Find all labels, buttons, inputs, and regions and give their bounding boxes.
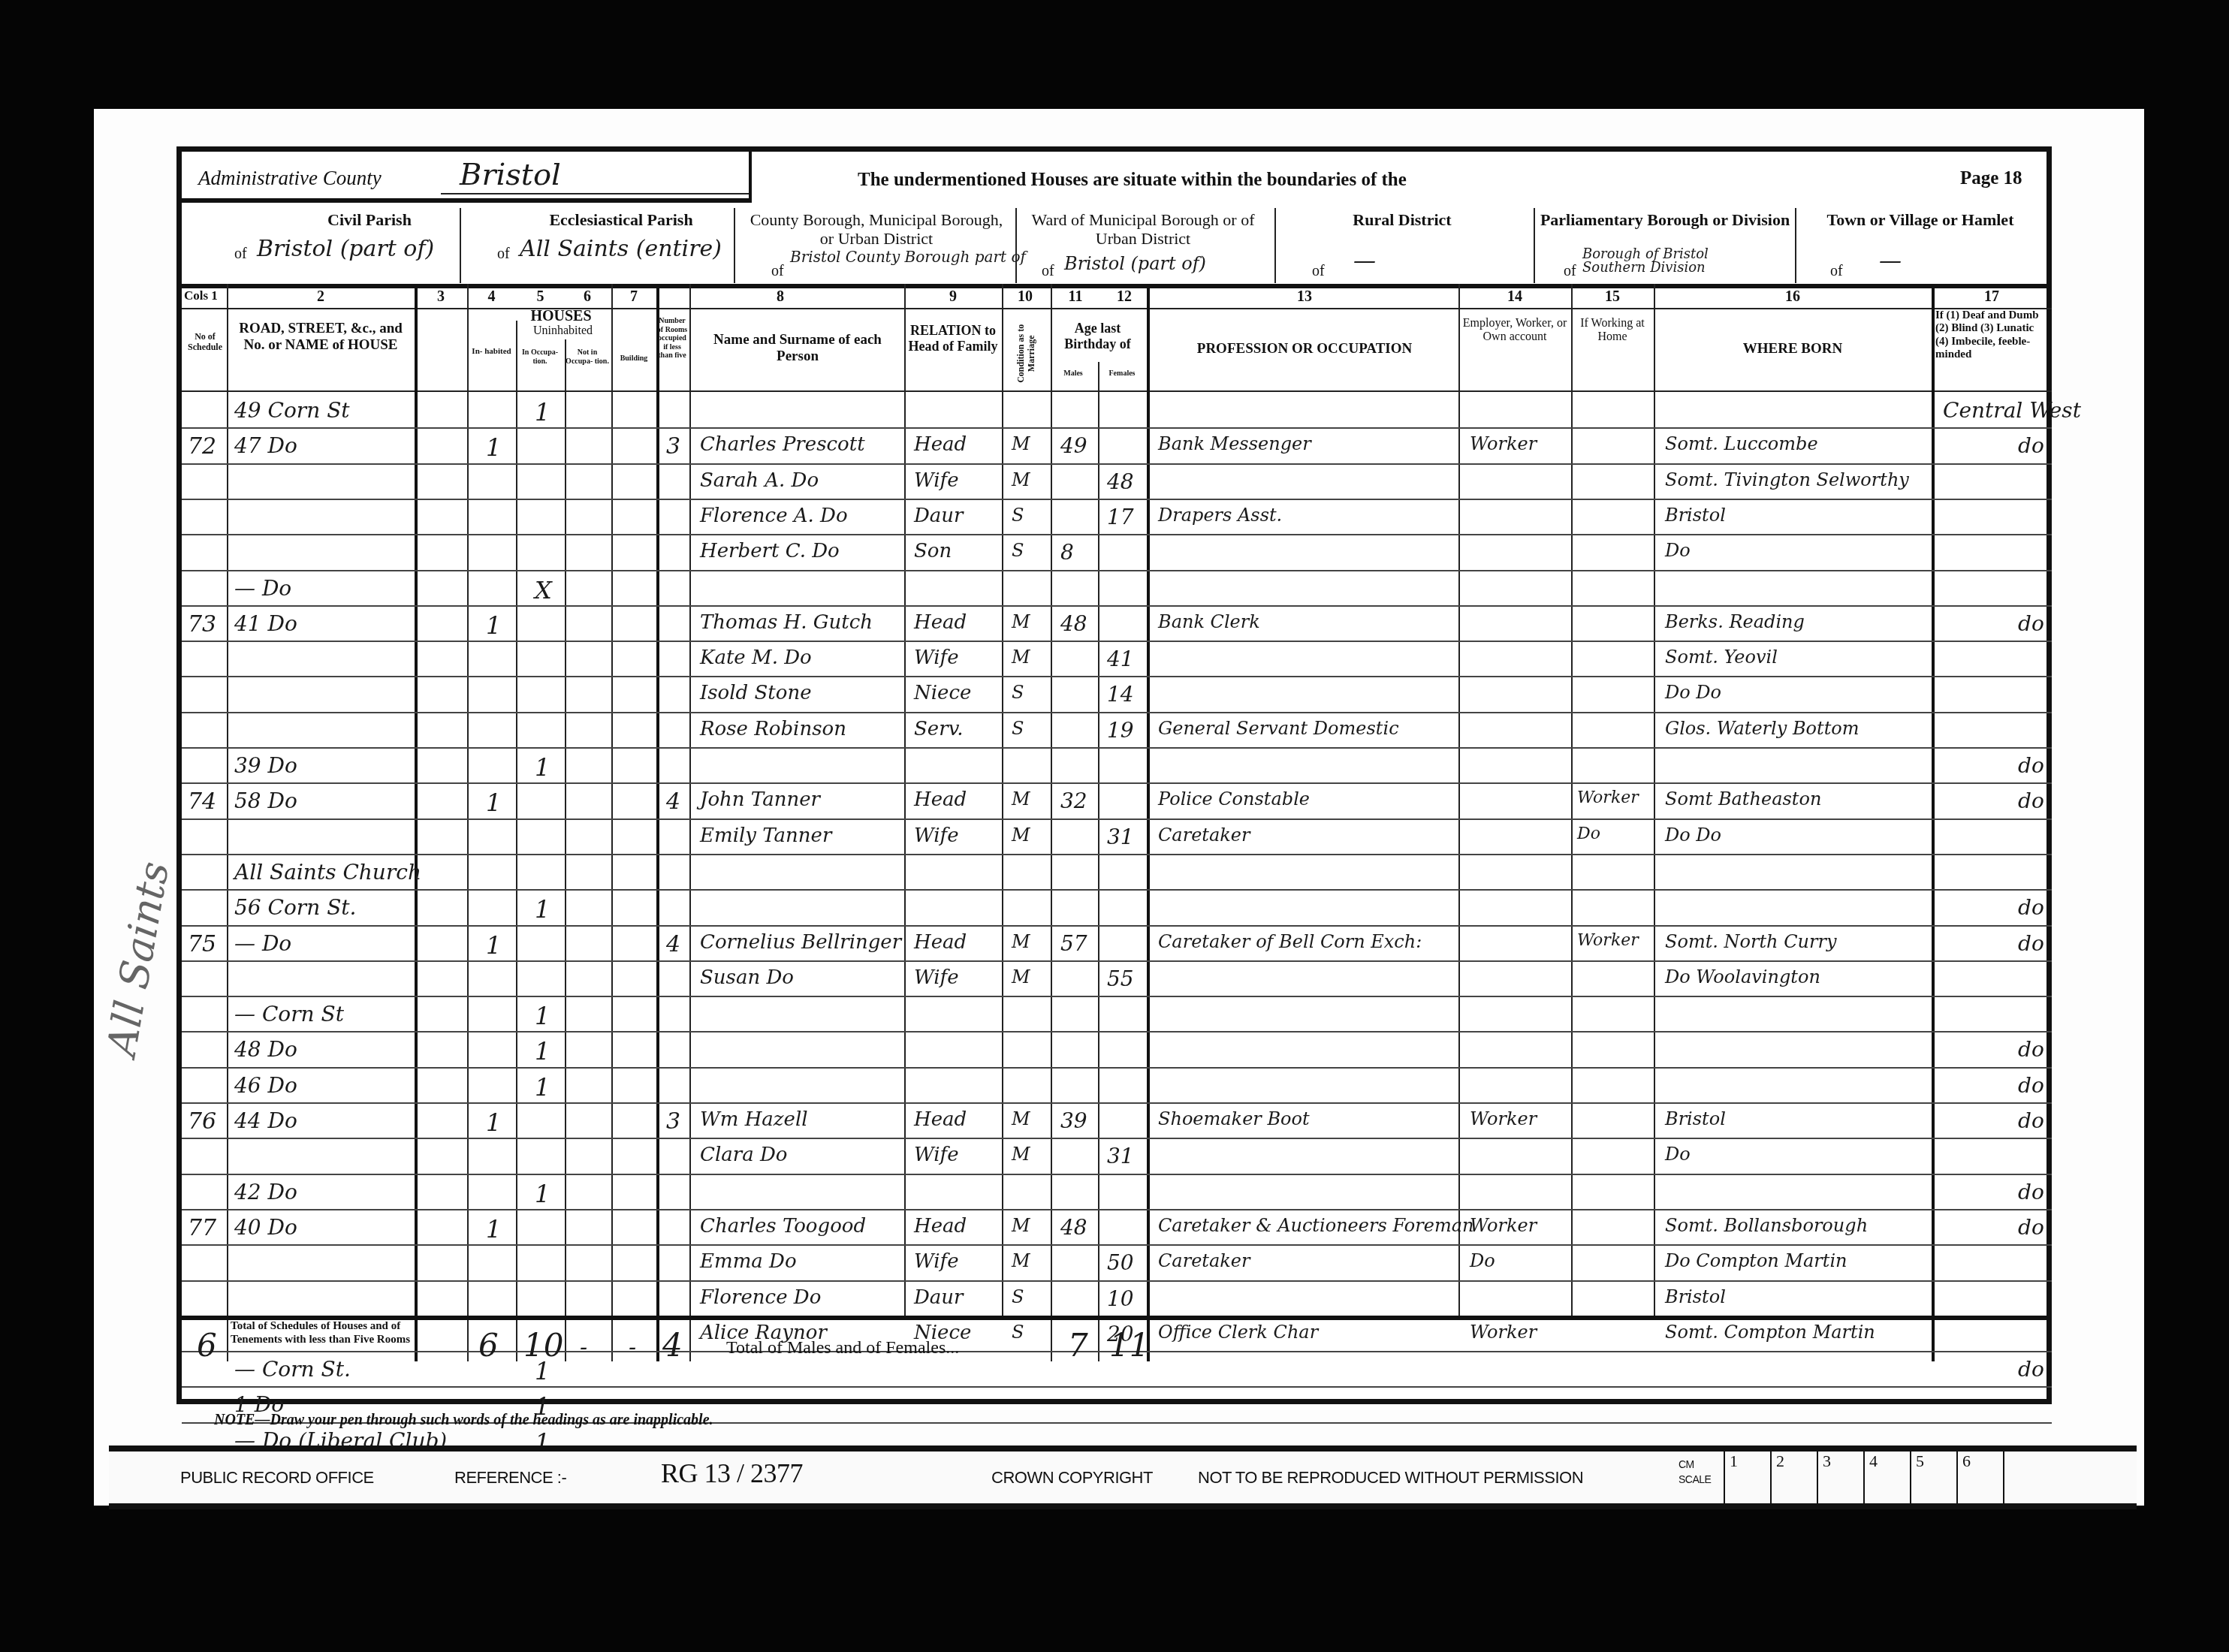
row-rooms: 3: [666, 433, 680, 460]
row-divider: [182, 534, 2052, 535]
row-occupation: Caretaker: [1158, 824, 1250, 846]
row-relation: Wife: [914, 647, 959, 669]
totals-label: Total of Schedules of Houses and of Tene…: [231, 1319, 411, 1346]
county-borough-label: County Borough, Municipal Borough, or Ur…: [741, 210, 1012, 249]
row-born: Somt Batheaston: [1665, 788, 1821, 809]
row-male-age: 8: [1060, 540, 1074, 565]
row-born: Somt. North Curry: [1665, 931, 1837, 952]
scale-mark: 3: [1817, 1452, 1863, 1504]
parliamentary-borough-value: Borough of Bristol Southern Division: [1582, 248, 1770, 275]
row-name: Wm Hazell: [700, 1108, 808, 1131]
row-name: Emily Tanner: [700, 824, 831, 847]
row-name: Susan Do: [700, 966, 794, 989]
row-relation: Head: [914, 1215, 967, 1237]
row-born: Somt. Yeovil: [1665, 647, 1778, 668]
row-relation: Niece: [914, 682, 971, 704]
row-address: — Do: [234, 931, 291, 956]
row-occupation: Shoemaker Boot: [1158, 1108, 1310, 1129]
row-schedule: 75: [188, 931, 216, 957]
row-divider: [182, 818, 2052, 820]
row-born: Bristol: [1665, 1108, 1726, 1129]
row-relation: Wife: [914, 1250, 959, 1273]
row-condition: S: [1012, 1322, 1024, 1343]
row-relation: Head: [914, 1108, 967, 1131]
row-address: — Do: [234, 576, 291, 601]
row-address: 40 Do: [234, 1215, 297, 1240]
row-name: Herbert C. Do: [700, 540, 840, 562]
col-number: 5: [516, 288, 565, 306]
row-schedule: 76: [188, 1108, 216, 1135]
row-female-age: 31: [1107, 1144, 1134, 1168]
row-born: Bristol: [1665, 1286, 1726, 1307]
row-unocc: 1: [535, 1073, 550, 1102]
row-male-age: 48: [1060, 611, 1087, 636]
row-relation: Daur: [914, 505, 964, 527]
row-occupation: Caretaker & Auctioneers Foreman: [1158, 1215, 1473, 1236]
row-divider: [182, 1102, 2052, 1104]
row-occupation: Caretaker of Bell Corn Exch:: [1158, 931, 1422, 952]
row-born: Somt. Luccombe: [1665, 433, 1818, 454]
row-condition: M: [1012, 788, 1030, 809]
row-female-age: 41: [1107, 647, 1134, 671]
row-born: Glos. Waterly Bottom: [1665, 718, 1860, 739]
row-address: 56 Corn St.: [234, 895, 356, 920]
row-divider: [182, 1174, 2052, 1175]
ward-label: Ward of Municipal Borough or of Urban Di…: [1019, 210, 1267, 249]
town-village-label: Town or Village or Hamlet: [1796, 210, 2044, 229]
scale-mark: 1: [1724, 1452, 1770, 1504]
row-condition: S: [1012, 1286, 1024, 1307]
row-home: Do: [1577, 824, 1600, 843]
col6-header: Building: [611, 354, 656, 363]
col15-header: If Working at Home: [1575, 317, 1650, 345]
scale-mark: 5: [1910, 1452, 1956, 1504]
page-number: Page 18: [1960, 168, 2022, 190]
row-divider: [182, 782, 2052, 784]
row-rooms: 3: [666, 1108, 680, 1135]
ward-value: Bristol (part of): [1064, 253, 1206, 274]
row-female-age: 19: [1107, 718, 1134, 743]
row-male-age: 49: [1060, 433, 1087, 458]
row-infirmity: Central West: [1943, 398, 2081, 423]
row-divider: [182, 1067, 2052, 1069]
col3-header: In- habited: [467, 347, 516, 357]
row-relation: Wife: [914, 1144, 959, 1166]
row-address: — Corn St: [234, 1002, 344, 1026]
footer-permission: NOT TO BE REPRODUCED WITHOUT PERMISSION: [1198, 1468, 1583, 1488]
row-condition: S: [1012, 682, 1024, 703]
row-name: Sarah A. Do: [700, 469, 819, 492]
row-born: Do Do: [1665, 682, 1721, 703]
parliamentary-borough-label: Parliamentary Borough or Division: [1537, 210, 1793, 229]
row-relation: Wife: [914, 966, 959, 989]
row-divider: [182, 1244, 2052, 1246]
row-condition: S: [1012, 505, 1024, 526]
col-number: 11: [1053, 288, 1098, 306]
houses-header: HOUSES: [467, 308, 655, 325]
row-divider: [182, 1280, 2052, 1282]
row-unocc: 1: [535, 895, 550, 924]
total-females: 11: [1109, 1327, 1149, 1364]
col2-header: ROAD, STREET, &c., and No. or NAME of HO…: [231, 321, 411, 354]
scale-mark: 6: [1956, 1452, 2003, 1504]
row-employment: Worker: [1470, 1215, 1537, 1236]
col1-header: No of Schedule: [183, 332, 227, 353]
footer-scale-label: CM SCALE: [1679, 1458, 1709, 1487]
total-building: -: [629, 1334, 636, 1361]
row-relation: Head: [914, 433, 967, 456]
footer-reference-label: REFERENCE :-: [454, 1468, 566, 1488]
row-address: 46 Do: [234, 1073, 297, 1098]
row-relation: Serv.: [914, 718, 964, 740]
row-divider: [182, 996, 2052, 997]
col14-header: Employer, Worker, or Own account: [1458, 317, 1571, 345]
row-inhab: 1: [486, 611, 501, 640]
col9-header: RELATION to Head of Family: [904, 323, 1002, 354]
row-name: Isold Stone: [700, 682, 812, 704]
row-unocc: X: [535, 576, 552, 604]
row-born: Do Woolavington: [1665, 966, 1820, 987]
row-name: John Tanner: [700, 788, 820, 811]
intro-text: The undermentioned Houses are situate wi…: [858, 170, 1407, 191]
col7-header: Number of Rooms occupied if less than fi…: [656, 317, 688, 360]
row-address: 44 Do: [234, 1108, 297, 1133]
row-divider: [182, 889, 2052, 891]
row-divider: [182, 1031, 2052, 1032]
row-occupation: General Servant Domestic: [1158, 718, 1399, 739]
row-employment: Do: [1470, 1250, 1495, 1271]
row-name: Charles Toogood: [700, 1215, 866, 1237]
row-name: Cornelius Bellringer: [700, 931, 901, 954]
col-number: 15: [1571, 288, 1654, 306]
row-divider: [182, 463, 2052, 465]
row-relation: Wife: [914, 824, 959, 847]
row-condition: M: [1012, 931, 1030, 952]
row-born: Somt. Bollansborough: [1665, 1215, 1868, 1236]
ecclesiastical-parish-label: Ecclesiastical Parish: [505, 210, 737, 229]
total-schedules: 6: [197, 1327, 217, 1364]
row-occupation: Bank Clerk: [1158, 611, 1260, 632]
row-female-age: 31: [1107, 824, 1134, 849]
row-divider: [182, 427, 2052, 429]
scale-mark-end: [2003, 1452, 2050, 1504]
ecclesiastical-parish-value: All Saints (entire): [520, 236, 722, 262]
row-born: Do Compton Martin: [1665, 1250, 1847, 1271]
row-relation: Head: [914, 611, 967, 634]
row-home: Worker: [1577, 931, 1639, 950]
col12-header: Females: [1099, 369, 1145, 378]
row-divider: [182, 605, 2052, 607]
col-number: 10: [1002, 288, 1048, 306]
row-male-age: 48: [1060, 1215, 1087, 1240]
col-number: 4: [467, 288, 516, 306]
admin-county-value: Bristol: [460, 158, 561, 192]
row-occupation: Bank Messenger: [1158, 433, 1311, 454]
row-condition: M: [1012, 433, 1030, 454]
footer-strip: PUBLIC RECORD OFFICE REFERENCE :- RG 13 …: [109, 1445, 2137, 1509]
row-name: Emma Do: [700, 1250, 797, 1273]
col-number: 12: [1102, 288, 1147, 306]
row-infirmity: do: [2018, 1357, 2044, 1382]
county-borough-value: Bristol County Borough part of: [790, 248, 1026, 266]
row-condition: S: [1012, 718, 1024, 739]
row-condition: M: [1012, 1215, 1030, 1236]
row-inhab: 1: [486, 788, 501, 817]
row-divider: [182, 960, 2052, 962]
row-born: Berks. Reading: [1665, 611, 1805, 632]
row-rooms: 4: [666, 931, 680, 957]
age-header: Age last Birthday of: [1051, 321, 1145, 351]
row-born: Do Do: [1665, 824, 1721, 846]
row-name: Florence A. Do: [700, 505, 848, 527]
row-infirmity: do: [2018, 895, 2044, 920]
row-name: Rose Robinson: [700, 718, 846, 740]
col-number: 8: [656, 288, 904, 306]
row-infirmity: do: [2018, 788, 2044, 813]
row-male-age: 57: [1060, 931, 1087, 956]
row-divider: [182, 676, 2052, 677]
row-employment: Worker: [1470, 1108, 1537, 1129]
civil-parish-value: Bristol (part of): [257, 236, 434, 262]
row-occupation: Police Constable: [1158, 788, 1310, 809]
row-born: Do: [1665, 1144, 1691, 1165]
row-unocc: 1: [535, 1037, 550, 1066]
row-condition: M: [1012, 647, 1030, 668]
row-female-age: 48: [1107, 469, 1134, 494]
col-number: 14: [1458, 288, 1571, 306]
row-infirmity: do: [2018, 1037, 2044, 1062]
footer-copyright: CROWN COPYRIGHT: [991, 1468, 1153, 1488]
row-address: — Corn St.: [234, 1357, 351, 1382]
row-name: Florence Do: [700, 1286, 821, 1309]
scale-mark: 2: [1770, 1452, 1817, 1504]
col13-header: PROFESSION OR OCCUPATION: [1151, 341, 1458, 357]
col-number: 13: [1151, 288, 1458, 306]
row-divider: [182, 747, 2052, 749]
row-schedule: 74: [188, 788, 216, 815]
row-condition: M: [1012, 966, 1030, 987]
row-born: Somt. Compton Martin: [1665, 1322, 1875, 1343]
row-born: Do: [1665, 540, 1691, 561]
row-employment: Worker: [1470, 433, 1537, 454]
row-address: 39 Do: [234, 753, 297, 778]
total-rooms: 4: [662, 1327, 683, 1364]
total-mf-label: Total of Males and of Females...: [726, 1338, 959, 1358]
row-inhab: 1: [486, 931, 501, 960]
row-schedule: 72: [188, 433, 216, 460]
row-divider: [182, 641, 2052, 642]
row-male-age: 32: [1060, 788, 1087, 813]
form-note: NOTE—Draw your pen through such words of…: [214, 1412, 713, 1429]
row-infirmity: do: [2018, 931, 2044, 956]
footer-reference-value: RG 13 / 2377: [661, 1458, 803, 1489]
row-address: 49 Corn St: [234, 398, 350, 423]
row-unocc: 1: [535, 753, 550, 782]
admin-county-label: Administrative County: [198, 167, 382, 190]
row-unocc: 1: [535, 1180, 550, 1208]
civil-parish-label: Civil Parish: [272, 210, 467, 229]
row-inhab: 1: [486, 1215, 501, 1244]
total-males: 7: [1068, 1327, 1088, 1364]
col5-header: Not in Occupa- tion.: [565, 348, 610, 366]
row-rooms: 4: [666, 788, 680, 815]
row-female-age: 10: [1107, 1286, 1134, 1311]
row-male-age: 39: [1060, 1108, 1087, 1133]
row-relation: Wife: [914, 469, 959, 492]
row-divider: [182, 925, 2052, 927]
row-condition: M: [1012, 469, 1030, 490]
row-name: Kate M. Do: [700, 647, 812, 669]
col4-header: In Occupa- tion.: [517, 348, 563, 366]
col-number: 16: [1654, 288, 1932, 306]
row-inhab: 1: [486, 433, 501, 462]
row-divider: [182, 570, 2052, 571]
row-condition: M: [1012, 1144, 1030, 1165]
row-address: 42 Do: [234, 1180, 297, 1204]
row-divider: [182, 854, 2052, 855]
row-born: Somt. Tivington Selworthy: [1665, 469, 1909, 490]
row-address: 48 Do: [234, 1037, 297, 1062]
col-number: 7: [611, 288, 656, 306]
row-condition: S: [1012, 540, 1024, 561]
col17-header: If (1) Deaf and Dumb (2) Blind (3) Lunat…: [1935, 309, 2048, 361]
col-number: 9: [904, 288, 1002, 306]
row-name: Thomas H. Gutch: [700, 611, 873, 634]
row-employment: Worker: [1470, 1322, 1537, 1343]
row-schedule: 77: [188, 1215, 216, 1241]
row-female-age: 17: [1107, 505, 1134, 529]
row-infirmity: do: [2018, 1180, 2044, 1204]
col-number: 6: [565, 288, 610, 306]
col8-header: Name and Surname of each Person: [692, 332, 903, 365]
row-schedule: 73: [188, 611, 216, 638]
rural-district-value: —: [1353, 248, 1376, 274]
col-number: 17: [1932, 288, 2052, 306]
row-relation: Son: [914, 540, 952, 562]
row-name: Charles Prescott: [700, 433, 865, 456]
footer-office: PUBLIC RECORD OFFICE: [180, 1468, 374, 1488]
row-address: All Saints Church: [234, 860, 421, 885]
uninhabited-header: Uninhabited: [516, 324, 610, 338]
total-not-in-occupation: -: [580, 1334, 587, 1361]
census-form: Administrative County Bristol The underm…: [176, 146, 2052, 1404]
row-infirmity: do: [2018, 1215, 2044, 1240]
rural-district-label: Rural District: [1278, 210, 1526, 229]
row-occupation: Office Clerk Char: [1158, 1322, 1318, 1343]
row-infirmity: do: [2018, 433, 2044, 458]
total-inhabited: 6: [478, 1327, 499, 1364]
row-divider: [182, 1138, 2052, 1139]
row-occupation: Caretaker: [1158, 1250, 1250, 1271]
row-unocc: 1: [535, 398, 550, 427]
row-unocc: 1: [535, 1002, 550, 1030]
col-number: 3: [415, 288, 467, 306]
col-number: 2: [227, 288, 415, 306]
cols-label: Cols 1: [184, 288, 218, 303]
row-address: 58 Do: [234, 788, 297, 813]
row-born: Bristol: [1665, 505, 1726, 526]
row-infirmity: do: [2018, 1073, 2044, 1098]
scale-mark: 4: [1863, 1452, 1910, 1504]
row-condition: M: [1012, 1108, 1030, 1129]
row-condition: M: [1012, 824, 1030, 846]
col11-header: Males: [1051, 369, 1096, 378]
row-relation: Head: [914, 788, 967, 811]
row-home: Worker: [1577, 788, 1639, 807]
row-infirmity: do: [2018, 611, 2044, 636]
total-uninhabited: 10: [523, 1327, 563, 1364]
row-relation: Head: [914, 931, 967, 954]
row-female-age: 50: [1107, 1250, 1134, 1275]
row-condition: M: [1012, 1250, 1030, 1271]
row-female-age: 14: [1107, 682, 1134, 707]
row-address: 41 Do: [234, 611, 297, 636]
row-infirmity: do: [2018, 1108, 2044, 1133]
row-condition: M: [1012, 611, 1030, 632]
row-infirmity: do: [2018, 753, 2044, 778]
col16-header: WHERE BORN: [1654, 341, 1932, 357]
row-relation: Daur: [914, 1286, 964, 1309]
row-address: 47 Do: [234, 433, 297, 458]
row-divider: [182, 1386, 2052, 1388]
row-divider: [182, 712, 2052, 713]
row-name: Clara Do: [700, 1144, 787, 1166]
row-occupation: Drapers Asst.: [1158, 505, 1282, 526]
row-female-age: 55: [1107, 966, 1134, 991]
town-village-value: —: [1879, 248, 1902, 274]
row-divider: [182, 1209, 2052, 1210]
row-divider: [182, 499, 2052, 500]
col10-header: Condition as to Marriage: [1016, 324, 1037, 384]
row-inhab: 1: [486, 1108, 501, 1137]
